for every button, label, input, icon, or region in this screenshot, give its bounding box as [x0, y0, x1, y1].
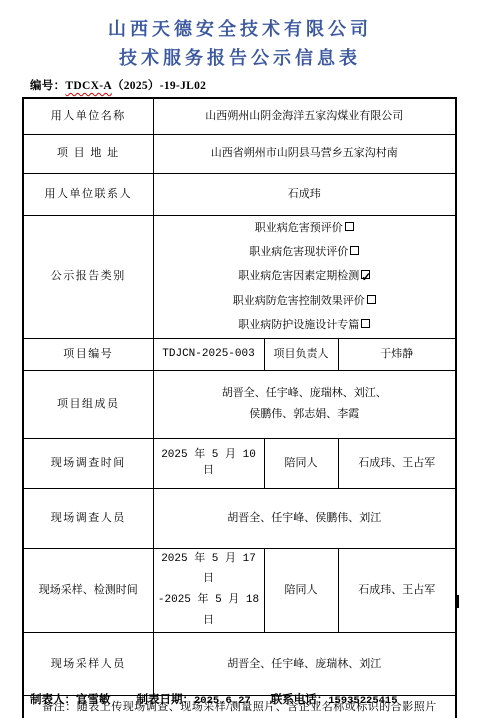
report-type-option-1: 职业病危害预评价: [156, 216, 454, 240]
team-label-cell: 项目组成员: [23, 370, 153, 438]
sampling-time-value-cell: 2025 年 5 月 17 日 -2025 年 5 月 18 日: [153, 548, 264, 633]
employer-label-cell: 用人单位名称: [23, 98, 153, 134]
table-row-team: 项目组成员 胡晋全、任宇峰、庞瑞林、刘江、 侯鹏伟、郭志娟、李霞: [23, 370, 456, 438]
employer-value-cell: 山西朔州山阴金海洋五家沟煤业有限公司: [153, 98, 456, 134]
sampling-escort-label-cell: 陪同人: [264, 548, 338, 633]
project-leader-label-cell: 项目负责人: [264, 338, 338, 370]
contact-label-cell: 用人单位联系人: [23, 173, 153, 215]
report-types-label-cell: 公示报告类别: [23, 215, 153, 338]
sampling-time-label-cell: 现场采样、检测时间: [23, 548, 153, 633]
table-row-sampling-staff: 现场采样人员 胡晋全、任宇峰、庞瑞林、刘江: [23, 633, 456, 696]
table-row-project-no: 项目编号 TDJCN-2025-003 项目负责人 于炜静: [23, 338, 456, 370]
sampling-escort-value-cell: 石成玮、王占军: [338, 548, 456, 633]
table-row-survey-time: 现场调查时间 2025 年 5 月 10 日 陪同人 石成玮、王占军: [23, 438, 456, 488]
project-no-label-cell: 项目编号: [23, 338, 153, 370]
project-no-value-cell: TDJCN-2025-003: [153, 338, 264, 370]
document-page: 山西天德安全技术有限公司 技术服务报告公示信息表 编号：TDCX-A（2025）…: [0, 0, 480, 718]
preparer-label: 制表人：: [30, 694, 76, 706]
report-type-option-4-label: 职业病防危害控制效果评价: [233, 295, 365, 307]
document-number-code: TDCX-A: [65, 80, 112, 92]
report-type-option-2-label: 职业病危害现状评价: [249, 246, 348, 258]
contact-value-cell: 石成玮: [153, 173, 456, 215]
survey-time-value-cell: 2025 年 5 月 10 日: [153, 438, 264, 488]
team-members-line1: 胡晋全、任宇峰、庞瑞林、刘江、: [156, 383, 454, 404]
report-types-options-cell: 职业病危害预评价 职业病危害现状评价 职业病危害因素定期检测 职业病防危害控制效…: [153, 215, 456, 338]
checkbox-unchecked-icon: [361, 319, 370, 328]
table-row-contact: 用人单位联系人 石成玮: [23, 173, 456, 215]
survey-staff-label-cell: 现场调查人员: [23, 488, 153, 548]
table-row-survey-staff: 现场调查人员 胡晋全、任宇峰、侯鹏伟、刘江: [23, 488, 456, 548]
preparer: 制表人：官雪敏: [30, 691, 111, 707]
checkbox-unchecked-icon: [350, 246, 359, 255]
document-number-code-rest: （2025）-19-JL02: [112, 80, 206, 92]
preparer-value: 官雪敏: [76, 694, 111, 706]
table-row-report-types: 公示报告类别 职业病危害预评价 职业病危害现状评价 职业病危害因素定期检测 职业…: [23, 215, 456, 338]
team-members-cell: 胡晋全、任宇峰、庞瑞林、刘江、 侯鹏伟、郭志娟、李霞: [153, 370, 456, 438]
contact-phone-value: 15935225415: [328, 695, 397, 707]
prepared-date: 制表日期：2025.6.27: [137, 691, 251, 707]
sampling-staff-value-cell: 胡晋全、任宇峰、庞瑞林、刘江: [153, 633, 456, 696]
footer-line: 制表人：官雪敏 制表日期：2025.6.27 联系电话：15935225415: [30, 691, 470, 707]
checkbox-unchecked-icon: [367, 295, 376, 304]
sampling-staff-label-cell: 现场采样人员: [23, 633, 153, 696]
prepared-date-label: 制表日期：: [137, 694, 195, 706]
report-type-option-4: 职业病防危害控制效果评价: [156, 289, 454, 313]
table-row-sampling-time: 现场采样、检测时间 2025 年 5 月 17 日 -2025 年 5 月 18…: [23, 548, 456, 633]
contact-phone: 联系电话：15935225415: [271, 691, 398, 707]
stray-scan-mark: [456, 595, 459, 608]
contact-phone-label: 联系电话：: [271, 694, 329, 706]
report-type-option-3: 职业病危害因素定期检测: [156, 264, 454, 288]
report-type-option-1-label: 职业病危害预评价: [255, 222, 343, 234]
info-table: 用人单位名称 山西朔州山阴金海洋五家沟煤业有限公司 项 目 地 址 山西省朔州市…: [22, 97, 457, 718]
address-label-cell: 项 目 地 址: [23, 134, 153, 173]
report-type-option-2: 职业病危害现状评价: [156, 240, 454, 264]
survey-escort-label-cell: 陪同人: [264, 438, 338, 488]
report-type-option-5-label: 职业病防护设施设计专篇: [238, 319, 359, 331]
sampling-time-line1: 2025 年 5 月 17 日: [156, 549, 262, 591]
report-type-option-5: 职业病防护设施设计专篇: [156, 313, 454, 337]
team-members-line2: 侯鹏伟、郭志娟、李霞: [156, 404, 454, 425]
project-leader-value-cell: 于炜静: [338, 338, 456, 370]
document-title-line1: 山西天德安全技术有限公司: [0, 15, 480, 41]
address-value-cell: 山西省朔州市山阴县马营乡五家沟村南: [153, 134, 456, 173]
checkbox-unchecked-icon: [345, 222, 354, 231]
survey-staff-value-cell: 胡晋全、任宇峰、侯鹏伟、刘江: [153, 488, 456, 548]
checkbox-checked-icon: [361, 270, 370, 279]
document-number-label: 编号：: [30, 80, 65, 92]
table-row-employer: 用人单位名称 山西朔州山阴金海洋五家沟煤业有限公司: [23, 98, 456, 134]
table-row-address: 项 目 地 址 山西省朔州市山阴县马营乡五家沟村南: [23, 134, 456, 173]
survey-escort-value-cell: 石成玮、王占军: [338, 438, 456, 488]
report-type-option-3-label: 职业病危害因素定期检测: [238, 270, 359, 282]
sampling-time-line2: -2025 年 5 月 18 日: [156, 590, 262, 632]
document-number: 编号：TDCX-A（2025）-19-JL02: [30, 77, 206, 93]
survey-time-label-cell: 现场调查时间: [23, 438, 153, 488]
prepared-date-value: 2025.6.27: [194, 695, 251, 707]
document-title-line2: 技术服务报告公示信息表: [0, 44, 480, 70]
